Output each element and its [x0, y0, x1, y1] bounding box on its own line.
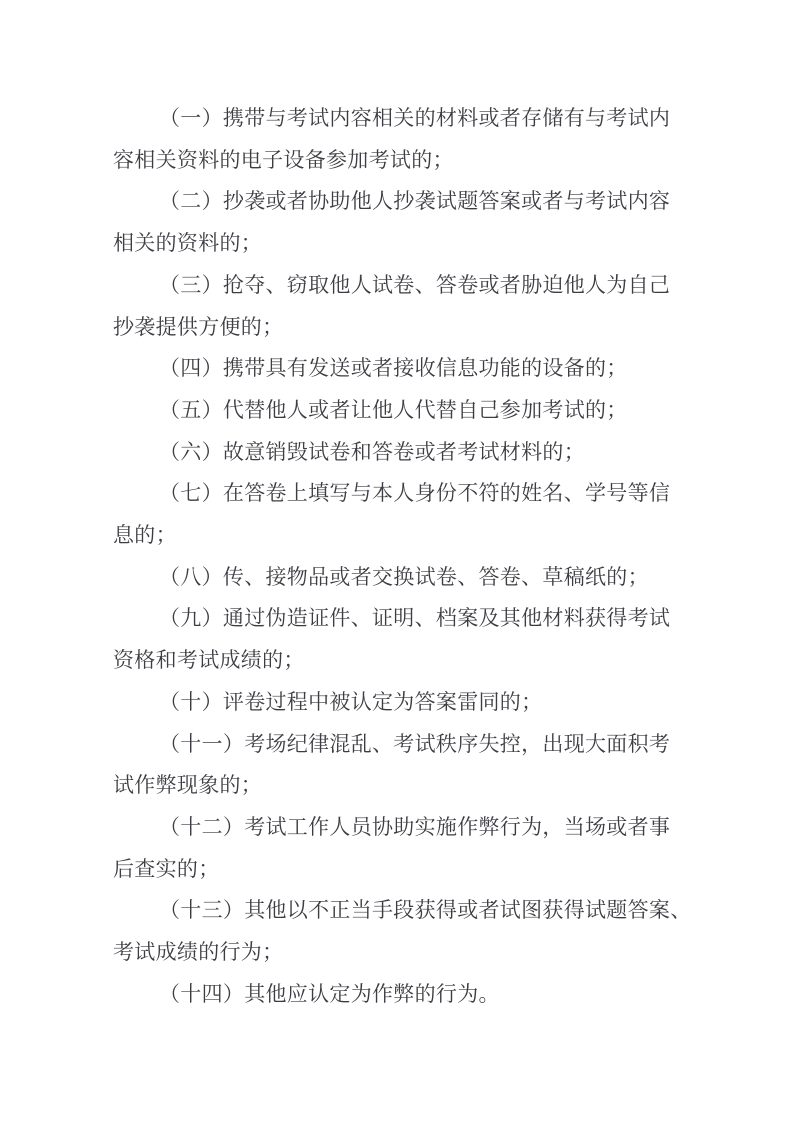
- text-line: （十）评卷过程中被认定为答案雷同的；: [113, 682, 703, 724]
- list-item-6: （六）故意销毁试卷和答卷或者考试材料的；: [113, 432, 703, 474]
- text-line: 后查实的；: [113, 849, 703, 891]
- list-item-13: （十三）其他以不正当手段获得或者试图获得试题答案、 考试成绩的行为；: [113, 890, 703, 973]
- text-line: 试作弊现象的；: [113, 765, 703, 807]
- list-item-1: （一）携带与考试内容相关的材料或者存储有与考试内 容相关资料的电子设备参加考试的…: [113, 98, 703, 181]
- list-item-8: （八）传、接物品或者交换试卷、答卷、草稿纸的；: [113, 557, 703, 599]
- list-item-11: （十一）考场纪律混乱、考试秩序失控，出现大面积考 试作弊现象的；: [113, 724, 703, 807]
- list-item-3: （三）抢夺、窃取他人试卷、答卷或者胁迫他人为自己 抄袭提供方便的；: [113, 265, 703, 348]
- text-line: （六）故意销毁试卷和答卷或者考试材料的；: [113, 432, 703, 474]
- text-line: （七）在答卷上填写与本人身份不符的姓名、学号等信: [113, 473, 703, 515]
- text-line: （五）代替他人或者让他人代替自己参加考试的；: [113, 390, 703, 432]
- text-line: （四）携带具有发送或者接收信息功能的设备的；: [113, 348, 703, 390]
- list-item-2: （二）抄袭或者协助他人抄袭试题答案或者与考试内容 相关的资料的；: [113, 181, 703, 264]
- text-line: 抄袭提供方便的；: [113, 307, 703, 349]
- list-item-4: （四）携带具有发送或者接收信息功能的设备的；: [113, 348, 703, 390]
- text-line: （二）抄袭或者协助他人抄袭试题答案或者与考试内容: [113, 181, 703, 223]
- list-item-14: （十四）其他应认定为作弊的行为。: [113, 974, 703, 1016]
- text-line: 相关的资料的；: [113, 223, 703, 265]
- text-line: 息的；: [113, 515, 703, 557]
- list-item-5: （五）代替他人或者让他人代替自己参加考试的；: [113, 390, 703, 432]
- list-item-9: （九）通过伪造证件、证明、档案及其他材料获得考试 资格和考试成绩的；: [113, 598, 703, 681]
- text-line: 考试成绩的行为；: [113, 932, 703, 974]
- text-line: （三）抢夺、窃取他人试卷、答卷或者胁迫他人为自己: [113, 265, 703, 307]
- text-line: （十二）考试工作人员协助实施作弊行为，当场或者事: [113, 807, 703, 849]
- text-line: （八）传、接物品或者交换试卷、答卷、草稿纸的；: [113, 557, 703, 599]
- text-line: （九）通过伪造证件、证明、档案及其他材料获得考试: [113, 598, 703, 640]
- text-line: （十四）其他应认定为作弊的行为。: [113, 974, 703, 1016]
- list-item-7: （七）在答卷上填写与本人身份不符的姓名、学号等信 息的；: [113, 473, 703, 556]
- list-item-12: （十二）考试工作人员协助实施作弊行为，当场或者事 后查实的；: [113, 807, 703, 890]
- text-line: 容相关资料的电子设备参加考试的；: [113, 140, 703, 182]
- text-line: 资格和考试成绩的；: [113, 640, 703, 682]
- document-text-block: （一）携带与考试内容相关的材料或者存储有与考试内 容相关资料的电子设备参加考试的…: [113, 98, 703, 1015]
- document-page: （一）携带与考试内容相关的材料或者存储有与考试内 容相关资料的电子设备参加考试的…: [0, 0, 794, 1123]
- text-line: （一）携带与考试内容相关的材料或者存储有与考试内: [113, 98, 703, 140]
- text-line: （十三）其他以不正当手段获得或者试图获得试题答案、: [113, 890, 703, 932]
- text-line: （十一）考场纪律混乱、考试秩序失控，出现大面积考: [113, 724, 703, 766]
- list-item-10: （十）评卷过程中被认定为答案雷同的；: [113, 682, 703, 724]
